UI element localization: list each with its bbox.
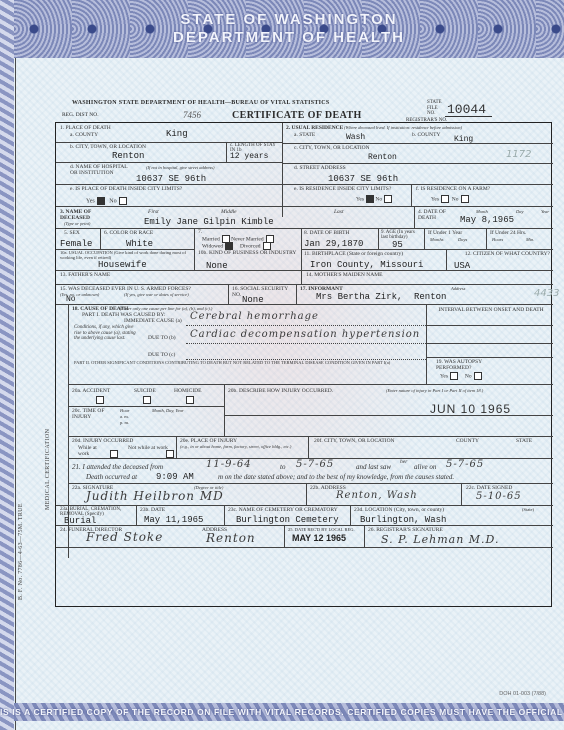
divider: [56, 304, 553, 305]
divider: [461, 483, 462, 505]
suicide-checkbox[interactable]: [143, 396, 151, 404]
agency-heading: WASHINGTON STATE DEPARTMENT OF HEALTH—BU…: [72, 100, 330, 106]
year-label: Year: [541, 209, 549, 215]
residence-note: (Where deceased lived. If institution: r…: [344, 125, 549, 131]
widowed-checkbox[interactable]: [225, 242, 233, 250]
state-file-number: STATE FILE NO. 10044: [427, 100, 492, 117]
footer-banner: THIS IS A CERTIFIED COPY OF THE RECORD O…: [14, 703, 564, 721]
cemetery-value: Burlington Cemetery: [236, 515, 339, 525]
hours-label: Hours: [492, 237, 503, 243]
cemetery-state-label: (State): [522, 507, 534, 513]
death-occurred-label: Death occurred at: [86, 473, 137, 481]
no-label: No: [452, 196, 459, 202]
divider: [226, 142, 227, 162]
dob-value: Jan 29,1870: [304, 239, 363, 249]
suicide-label: SUICIDE: [134, 388, 156, 394]
date-signed-value: 5-10-65: [476, 491, 522, 502]
yes-label: Yes: [440, 373, 448, 379]
mdy-label: Month, Day, Year: [152, 408, 184, 414]
divider: [224, 505, 225, 525]
interval-label: INTERVAL BETWEEN ONSET AND DEATH: [436, 307, 546, 313]
res-street-value: 10637 SE 96th: [328, 174, 398, 184]
place-of-death-label: 1. PLACE OF DEATH: [60, 125, 111, 131]
divider: [306, 483, 307, 505]
autopsy-options: Yes No: [440, 372, 482, 380]
occupation-value: Housewife: [98, 260, 147, 270]
certificate-title: CERTIFICATE OF DEATH: [232, 110, 362, 121]
death-city-label: b. CITY, TOWN, OR LOCATION: [70, 144, 146, 150]
divider: [414, 206, 415, 228]
attended-label: 21. I attended the deceased from: [72, 463, 163, 471]
death-county-value: King: [166, 129, 188, 139]
divider: [56, 525, 553, 526]
divider: [296, 284, 297, 304]
cause-a-line: [186, 325, 426, 326]
yes-checkbox[interactable]: [97, 197, 105, 205]
while-work-checkbox[interactable]: [110, 450, 118, 458]
yes-label: Yes: [356, 196, 364, 202]
no-label: No: [109, 198, 116, 204]
divider: [424, 228, 425, 249]
divider: [426, 357, 553, 358]
no-checkbox[interactable]: [119, 197, 127, 205]
certification-statement: m on the date stated above; and to the b…: [218, 473, 454, 481]
res-street-label: d. STREET ADDRESS: [294, 165, 346, 171]
race-label: 6. COLOR OR RACE: [104, 230, 153, 236]
min-label: Min.: [526, 237, 534, 243]
state-file-value: 10044: [445, 103, 492, 117]
dod-value: May 8,1965: [460, 215, 514, 225]
birthplace-value: Iron County, Missouri: [310, 260, 423, 270]
first-label: First: [148, 209, 159, 215]
divider: [378, 228, 379, 249]
mother-label: 14. MOTHER'S MAIDEN NAME: [306, 272, 382, 278]
while-work-label: While at work: [78, 445, 97, 457]
res-state-label: a. STATE: [294, 132, 315, 138]
divider: [350, 505, 351, 525]
not-work-label: Not while at work: [128, 445, 168, 451]
left-border-strip: [0, 0, 14, 730]
divider: [284, 525, 285, 547]
physician-address-value: Renton, Wash: [336, 490, 418, 501]
no-label: No: [375, 196, 382, 202]
accident-checkbox[interactable]: [96, 396, 104, 404]
divider: [486, 228, 487, 249]
homicide-label: HOMICIDE: [174, 388, 202, 394]
inside-city-label: e. IS PLACE OF DEATH INSIDE CITY LIMITS?: [70, 186, 182, 192]
divider: [176, 436, 177, 458]
no-label: No: [465, 373, 472, 379]
yes-checkbox[interactable]: [441, 195, 449, 203]
injury-occurred-label: 20d. INJURY OCCURRED: [72, 438, 133, 444]
months-label: Months: [430, 237, 444, 243]
registrar-signature-value: S. P. Lehman M.D.: [381, 533, 499, 546]
physician-signature: Judith Heilbron MD: [86, 489, 224, 503]
describe-injury-label: 20b. DESCRIBE HOW INJURY OCCURRED.: [228, 388, 333, 394]
due-to-b-label: DUE TO (b): [148, 335, 176, 341]
under24-label: If Under 24 Hrs.: [490, 230, 526, 236]
divider: [56, 206, 553, 207]
time-of-injury-label: 20c. TIME OF INJURY: [72, 408, 112, 420]
last-saw-value: 5-7-65: [446, 459, 484, 470]
divider: [301, 249, 553, 250]
sex-value: Female: [60, 239, 92, 249]
divider: [56, 228, 553, 229]
cemetery-location-label: 23d. LOCATION (City, town, or county): [354, 507, 444, 513]
middle-label: Middle: [221, 209, 237, 215]
last-saw-label: and last saw: [356, 463, 391, 471]
dod-label: 4. DATE OF DEATH: [418, 209, 458, 221]
cemetery-label: 23c. NAME OF CEMETERY OR CREMATORY: [228, 507, 338, 513]
armed-forces-note2: (If yes, give war or dates of service): [124, 292, 189, 298]
hospital-label: d. NAME OF HOSPITAL OR INSTITUTION: [70, 164, 130, 176]
autopsy-label: 19. WAS AUTOPSY PERFORMED?: [436, 359, 506, 371]
divider: [68, 483, 553, 484]
divider: [282, 184, 553, 185]
father-label: 13. FATHER'S NAME: [60, 272, 110, 278]
informant-pencil-note: 4433: [534, 288, 559, 299]
inside-city-options: Yes No: [86, 197, 127, 205]
occupation-label: 10a. USUAL OCCUPATION (Give kind of work…: [60, 250, 190, 260]
divider: [364, 525, 365, 547]
res-pencil-note: 1172: [506, 149, 531, 160]
death-time-value: 9:09 AM: [156, 472, 194, 482]
injury-location-label: 20f. CITY, TOWN, OR LOCATION: [314, 438, 395, 444]
dob-label: 8. DATE OF BIRTH: [304, 230, 350, 236]
divider: [100, 228, 101, 249]
res-city-value: Renton: [368, 153, 397, 162]
conditions-note: Conditions, if any, which give rise to a…: [74, 325, 138, 342]
res-county-label: b. COUNTY: [412, 132, 440, 138]
residence-label: 2. USUAL RESIDENCE: [286, 125, 343, 131]
cause-a-value: Cerebral hemorrhage: [190, 311, 319, 322]
attended-from-value: 11-9-64: [206, 459, 252, 470]
alive-on-label: alive on: [414, 463, 436, 471]
divider: [56, 270, 553, 271]
received-value: MAY 12 1965: [292, 533, 346, 543]
armed-forces-value: No: [66, 295, 76, 304]
no-checkbox[interactable]: [461, 195, 469, 203]
deceased-name-value: Emily Jane Gilpin Kimble: [144, 217, 274, 227]
res-inside-city-label: e. IS RESIDENCE INSIDE CITY LIMITS?: [294, 186, 394, 192]
divider: [301, 228, 302, 249]
divider: [308, 436, 309, 458]
farm-options: Yes No: [431, 195, 469, 203]
yes-label: Yes: [431, 196, 439, 202]
divider: [68, 436, 553, 437]
divider: [282, 163, 553, 164]
part2-label: PART II. OTHER SIGNIFICANT CONDITIONS CO…: [74, 360, 424, 365]
yes-checkbox[interactable]: [366, 195, 374, 203]
director-address-value: Renton: [206, 531, 256, 545]
attended-to-value: 5-7-65: [296, 459, 334, 470]
while-work-option: While at work: [78, 445, 108, 457]
divider: [446, 249, 447, 270]
days-label: Days: [458, 237, 467, 243]
reg-dist-value: 7456: [183, 110, 201, 120]
last-label: Last: [334, 209, 343, 215]
widowed-label: Widowed: [202, 243, 223, 249]
form-code: DOH 01-003 (7/88): [499, 691, 546, 697]
no-checkbox[interactable]: [384, 195, 392, 203]
burial-date-value: May 11,1965: [144, 515, 203, 525]
death-city-value: Renton: [112, 151, 144, 161]
banner-department: DEPARTMENT OF HEALTH: [173, 29, 405, 47]
header-banner: STATE OF WASHINGTON DEPARTMENT OF HEALTH: [14, 0, 564, 58]
farm-label: f. IS RESIDENCE ON A FARM?: [416, 186, 490, 192]
yes-label: Yes: [86, 198, 95, 204]
divider: [301, 249, 302, 284]
informant-address-label: Address: [451, 286, 465, 292]
yes-checkbox[interactable]: [450, 372, 458, 380]
describe-injury-note: (Enter nature of injury in Part I or Par…: [386, 388, 483, 394]
place-of-injury-note: (e.g., in or about home, farm, factory, …: [180, 444, 305, 450]
cemetery-location-value: Burlington, Wash: [360, 515, 446, 525]
under1-label: If Under 1 Year: [428, 230, 462, 236]
divider: [282, 143, 553, 144]
homicide-checkbox[interactable]: [186, 396, 194, 404]
business-label: 10b. KIND OF BUSINESS OR INDUSTRY: [198, 250, 298, 256]
divider: [68, 406, 224, 407]
age-label: 9. AGE (In years last birthday): [381, 230, 423, 240]
sex-label: 5. SEX: [64, 230, 80, 236]
divider: [136, 505, 137, 525]
immediate-cause-label: IMMEDIATE CAUSE (a): [124, 318, 182, 324]
hospital-note: (If not in hospital, give street address…: [146, 165, 215, 171]
to-label: to: [280, 463, 285, 471]
stay-value: 12 years: [230, 152, 268, 161]
cause-b-value: Cardiac decompensation hypertension: [190, 329, 420, 340]
accident-label: 20a. ACCIDENT: [72, 388, 110, 394]
burial-date-label: 23b. DATE: [140, 507, 165, 513]
divorced-label: Divorced: [240, 243, 260, 249]
divider: [56, 547, 553, 548]
informant-address-value: Renton: [414, 292, 446, 302]
res-inside-city-options: Yes No: [356, 195, 392, 203]
divider: [224, 384, 225, 436]
her-him-label: her: [400, 459, 407, 465]
injury-state-label: STATE: [516, 438, 532, 444]
name-note: (Type or print): [64, 221, 90, 227]
left-margin-line: [15, 58, 16, 730]
divider: [282, 123, 283, 217]
certificate-form: 1. PLACE OF DEATH a. COUNTY King b. CITY…: [55, 122, 552, 607]
death-county-label: a. COUNTY: [70, 132, 98, 138]
divorced-checkbox[interactable]: [263, 242, 271, 250]
informant-value: Mrs Bertha Zirk,: [316, 292, 402, 302]
citizen-label: 12. CITIZEN OF WHAT COUNTRY?: [450, 251, 550, 257]
certified-copy-notice: THIS IS A CERTIFIED COPY OF THE RECORD O…: [0, 707, 564, 717]
state-file-label: STATE FILE NO.: [427, 100, 445, 117]
res-city-label: c. CITY, TOWN, OR LOCATION: [294, 145, 370, 151]
reg-dist-label: REG. DIST NO.: [62, 112, 99, 118]
name-label: 3. NAME OF DECEASED: [60, 209, 110, 221]
divider: [194, 228, 195, 270]
divider: [426, 325, 553, 326]
funeral-director-value: Fred Stoke: [86, 530, 163, 544]
no-checkbox[interactable]: [474, 372, 482, 380]
side-form-code: B. F. No. 7786—4-63—75M. TRUE: [18, 503, 24, 600]
day-label: Day: [516, 209, 524, 215]
injury-county-label: COUNTY: [456, 438, 479, 444]
medical-certification-label: MEDICAL CERTIFICATION: [45, 429, 51, 510]
divider: [56, 162, 282, 163]
divider: [56, 184, 282, 185]
cause-b-line: [186, 343, 426, 344]
hospital-value: 10637 SE 96th: [136, 174, 206, 184]
divider: [56, 284, 553, 285]
divider: [56, 505, 553, 506]
divider: [426, 304, 427, 384]
divider: [68, 384, 553, 385]
due-to-c-label: DUE TO (c): [148, 352, 175, 358]
birthplace-label: 11. BIRTHPLACE (State or foreign country…: [304, 251, 403, 257]
not-work-checkbox[interactable]: [166, 450, 174, 458]
race-value: White: [126, 239, 153, 249]
divider: [411, 184, 412, 206]
banner-state: STATE OF WASHINGTON: [180, 11, 397, 29]
divider: [426, 343, 553, 344]
divider: [228, 284, 229, 304]
pm-label: p. m.: [120, 420, 129, 426]
received-date-stamp: JUN 10 1965: [430, 402, 511, 416]
marital-row-2: Widowed Divorced: [202, 242, 271, 250]
res-state-value: Wash: [346, 133, 365, 142]
